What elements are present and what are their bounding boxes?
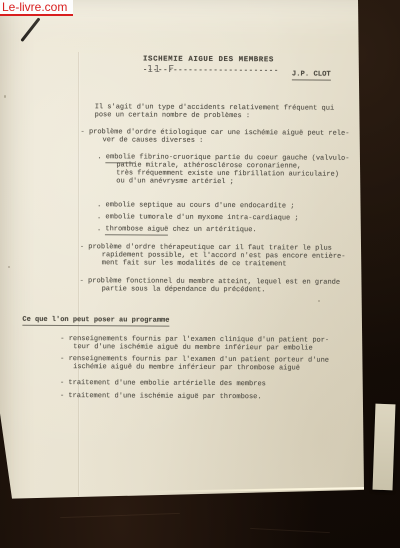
seller-watermark: Le-livre.com <box>0 0 73 16</box>
typed-line: ver de causes diverses : <box>102 136 203 145</box>
price-annotation: 11 F <box>147 64 175 75</box>
typed-line: ischémie aiguë du membre inférieur par t… <box>73 363 300 372</box>
paper-speck <box>8 266 10 268</box>
typed-line: partie sous la dépendance du précédent. <box>102 285 266 294</box>
document-page: ISCHEMIE AIGUE DES MEMBRES -------------… <box>0 0 400 548</box>
typed-line: Ce que l'on peut poser au programme <box>22 316 169 325</box>
paper-speck <box>4 95 6 98</box>
typed-line: - traitement d'une ischémie aiguë par th… <box>60 392 262 401</box>
paper-speck <box>318 300 320 302</box>
document-title: ISCHEMIE AIGUE DES MEMBRES <box>143 56 274 65</box>
typed-line: ou d'un anévrysme artériel ; <box>116 177 234 186</box>
typed-line: pose un certain nombre de problèmes : <box>95 111 250 120</box>
author-name: J.P. CLOT <box>292 70 331 80</box>
typed-line: - traitement d'une embolie artérielle de… <box>60 379 266 388</box>
typewritten-content: ISCHEMIE AIGUE DES MEMBRES -------------… <box>0 0 400 548</box>
typed-line: . embolie septique au cours d'une endoca… <box>97 201 294 210</box>
typed-line: ment fait sur les modalités de ce traite… <box>102 259 287 268</box>
underlying-page-edge <box>373 404 396 491</box>
typed-line: . embolie tumorale d'un myxome intra-car… <box>97 213 299 222</box>
scanned-book-page-photo: ISCHEMIE AIGUE DES MEMBRES -------------… <box>0 0 400 548</box>
typed-line: . thrombose aiguë chez un artéritique. <box>97 225 257 234</box>
typed-line: teur d'une ischémie aiguë du membre infé… <box>73 343 312 352</box>
